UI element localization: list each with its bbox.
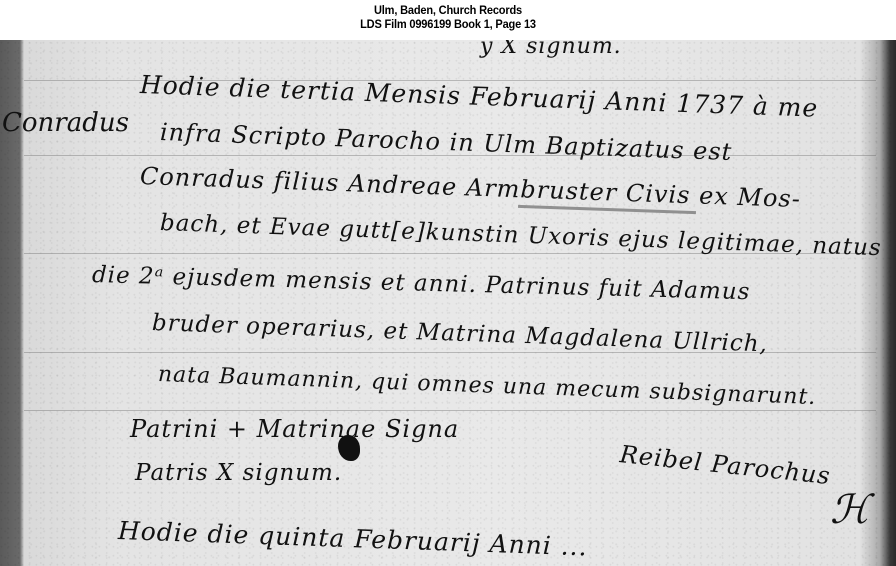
manuscript-line-7: nata Baumannin, qui omnes una mecum subs…	[158, 362, 817, 410]
margin-note: Conradus	[2, 108, 129, 138]
manuscript-line-9: Patris X signum.	[135, 460, 342, 486]
manuscript-line-0: y X signum.	[480, 40, 622, 59]
manuscript-line-2: infra Scripto Parocho in Ulm Baptizatus …	[160, 118, 733, 166]
priest-signature: Reibel Parochus	[619, 440, 833, 490]
document-header: Ulm, Baden, Church Records LDS Film 0996…	[0, 0, 896, 40]
header-title: Ulm, Baden, Church Records	[36, 3, 860, 17]
manuscript-line-8: Patrini + Matrinae Signa	[130, 415, 459, 443]
manuscript-line-11: Hodie die quinta Februarij Anni ...	[117, 516, 588, 561]
manuscript-scan: y X signum. Conradus Hodie die tertia Me…	[0, 40, 896, 566]
manuscript-line-6: bruder operarius, et Matrina Magdalena U…	[152, 310, 769, 357]
ink-blot	[338, 435, 360, 461]
ruled-line	[24, 410, 876, 411]
manuscript-line-3: Conradus filius Andreae Armbruster Civis…	[140, 162, 802, 213]
manuscript-line-1: Hodie die tertia Mensis Februarij Anni 1…	[139, 70, 818, 123]
manuscript-line-5: die 2ᵃ ejusdem mensis et anni. Patrinus …	[92, 262, 751, 305]
signature-flourish: ℋ	[830, 490, 870, 530]
header-subtitle: LDS Film 0996199 Book 1, Page 13	[36, 17, 860, 31]
